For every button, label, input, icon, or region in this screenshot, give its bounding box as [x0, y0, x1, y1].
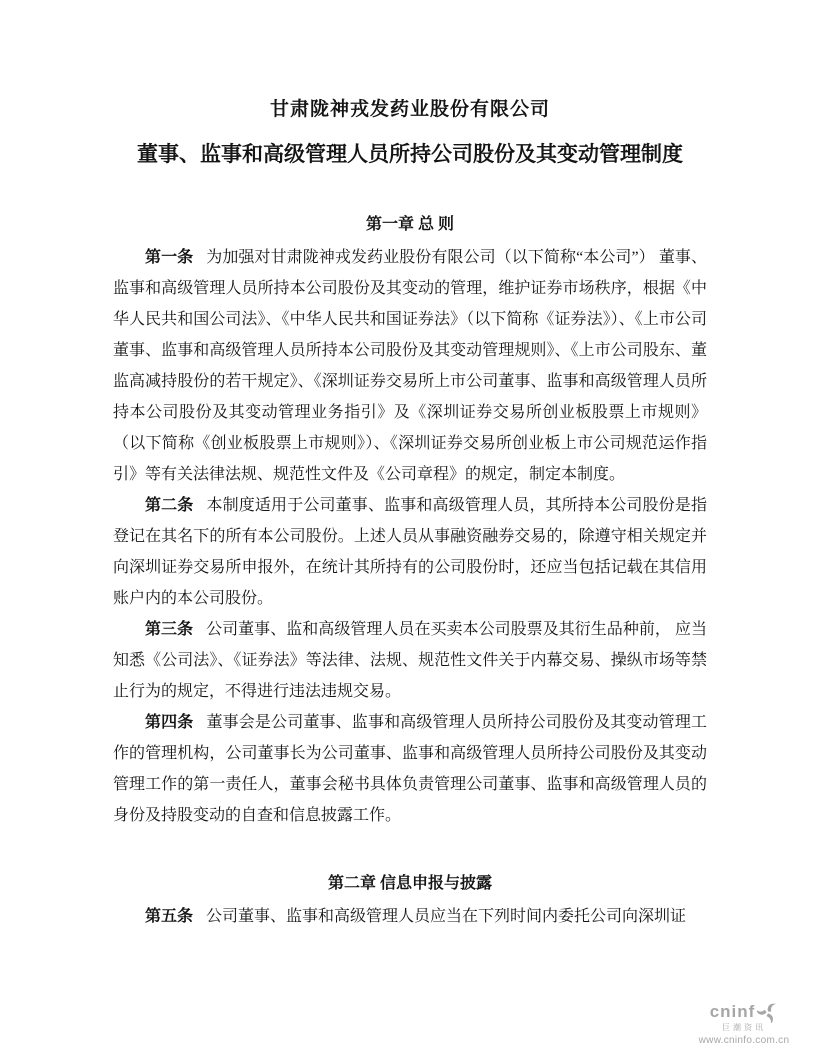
article-1-label: 第一条 [145, 249, 206, 266]
cninfo-logo-icon [757, 1002, 778, 1023]
article-1-text: 为加强对甘肃陇神戎发药业股份有限公司（以下简称“本公司”） 董事、监事和高级管理… [113, 249, 707, 483]
article-5-label: 第五条 [145, 908, 206, 925]
cninfo-brand-text: cninf [710, 1003, 756, 1022]
cninfo-brand-row: cninf [680, 1002, 808, 1023]
cninfo-url: www.cninfo.com.cn [680, 1035, 808, 1046]
cninfo-watermark: cninf 巨潮资讯 www.cninfo.com.cn [680, 1002, 808, 1046]
article-3-paragraph: 第三条公司董事、监和高级管理人员在买卖本公司股票及其衍生品种前， 应当知悉《公司… [113, 614, 707, 707]
article-5-paragraph: 第五条公司董事、监事和高级管理人员应当在下列时间内委托公司向深圳证 [113, 901, 707, 932]
article-4-label: 第四条 [145, 714, 206, 731]
chapter-1-heading: 第一章 总 则 [113, 214, 707, 236]
article-3-label: 第三条 [145, 621, 206, 638]
document-content: 甘肃陇神戎发药业股份有限公司 董事、监事和高级管理人员所持公司股份及其变动管理制… [113, 96, 707, 932]
article-5-text: 公司董事、监事和高级管理人员应当在下列时间内委托公司向深圳证 [206, 908, 686, 925]
article-4-paragraph: 第四条董事会是公司董事、监事和高级管理人员所持公司股份及其变动管理工作的管理机构… [113, 707, 707, 831]
cninfo-brand-chinese: 巨潮资讯 [680, 1024, 808, 1033]
company-title: 甘肃陇神戎发药业股份有限公司 [113, 96, 707, 124]
document-page: 甘肃陇神戎发药业股份有限公司 董事、监事和高级管理人员所持公司股份及其变动管理制… [0, 0, 816, 1056]
article-2-label: 第二条 [145, 497, 206, 514]
chapter-2-heading: 第二章 信息申报与披露 [113, 873, 707, 895]
document-title: 董事、监事和高级管理人员所持公司股份及其变动管理制度 [113, 138, 707, 170]
article-1-paragraph: 第一条为加强对甘肃陇神戎发药业股份有限公司（以下简称“本公司”） 董事、监事和高… [113, 242, 707, 490]
article-2-paragraph: 第二条本制度适用于公司董事、监事和高级管理人员，其所持本公司股份是指登记在其名下… [113, 490, 707, 614]
